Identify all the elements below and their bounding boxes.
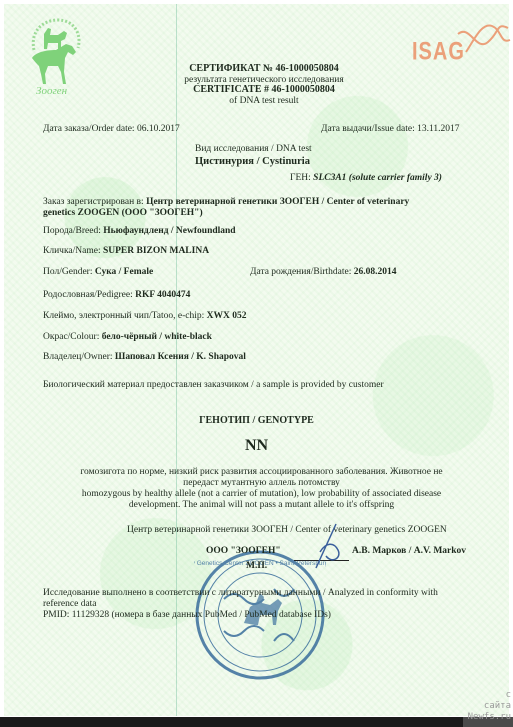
gene: ГЕН: SLC3A1 (solute carrier family 3): [290, 173, 442, 184]
certificate-title: СЕРТИФИКАТ № 46-1000050804 результата ге…: [154, 64, 374, 106]
registered-at-cont: genetics ZOOGEN (ООО "ЗООГЕН"): [43, 208, 203, 219]
pedigree: Родословная/Pedigree: RKF 4040474: [43, 290, 190, 301]
double-helix-icon: [456, 22, 512, 56]
certificate-number-en: CERTIFICATE # 46-1000050804: [154, 85, 374, 96]
pmid: PMID: 11129328 (номера в базе данных Pub…: [43, 610, 331, 621]
zoogen-logo: Зооген: [22, 12, 84, 98]
colour: Окрас/Colour: бело-чёрный / white-black: [43, 332, 212, 343]
seal-mark: М.П.: [246, 561, 267, 572]
gene-value: SLC3A1 (solute carrier family 3): [313, 173, 442, 183]
issue-date: Дата выдачи/Issue date: 13.11.2017: [321, 124, 460, 135]
certificate-subtitle-en: of DNA test result: [154, 96, 374, 107]
signature-icon: [306, 522, 346, 572]
organization: ООО "ЗООГЕН": [206, 546, 281, 557]
test-type-label: Вид исследования / DNA test: [195, 144, 312, 155]
genotype-description: гомозигота по норме, низкий риск развити…: [59, 467, 464, 511]
breed: Порода/Breed: Ньюфаундленд / Newfoundlan…: [43, 226, 236, 237]
watermark-site: Newfs.ru: [468, 712, 511, 722]
analysis-note-cont: reference data: [43, 599, 97, 610]
center-name: Центр ветеринарной генетики ЗООГЕН / Cen…: [127, 525, 447, 536]
registered-at: Заказ зарегистрирован в: Центр ветеринар…: [43, 197, 409, 208]
genotype-title: ГЕНОТИП / GENOTYPE: [0, 415, 513, 426]
e-chip: Клеймо, электронный чип/Tatoo, e-chip: X…: [43, 311, 246, 322]
isag-logo: ISAG: [412, 20, 512, 62]
svg-text:Зооген: Зооген: [36, 85, 68, 97]
bottom-bar: [0, 717, 513, 727]
watermark-line-2: сайта: [484, 701, 511, 711]
genotype-value: NN: [0, 437, 513, 455]
sample-note: Биологический материал предоставлен зака…: [43, 380, 384, 391]
test-name: Цистинурия / Cystinuria: [195, 156, 310, 167]
owner: Владелец/Owner: Шаповал Ксения / K. Shap…: [43, 352, 246, 363]
horse-rider-icon: Зооген: [22, 12, 84, 98]
analysis-note: Исследование выполнено в соответствии с …: [43, 588, 438, 599]
certificate-number-ru: СЕРТИФИКАТ № 46-1000050804: [154, 64, 374, 75]
signer-name: А.В. Марков / A.V. Markov: [352, 546, 466, 557]
gender: Пол/Gender: Сука / Female: [43, 267, 153, 278]
order-date: Дата заказа/Order date: 06.10.2017: [43, 124, 180, 135]
certificate-page: Зооген ISAG СЕРТИФИКАТ № 46-1000050804 р…: [4, 4, 509, 716]
dog-name: Кличка/Name: SUPER BIZON MALINA: [43, 246, 209, 257]
birthdate: Дата рождения/Birthdate: 26.08.2014: [250, 267, 396, 278]
watermark-line-1: с: [506, 690, 511, 700]
signature: [306, 522, 346, 572]
